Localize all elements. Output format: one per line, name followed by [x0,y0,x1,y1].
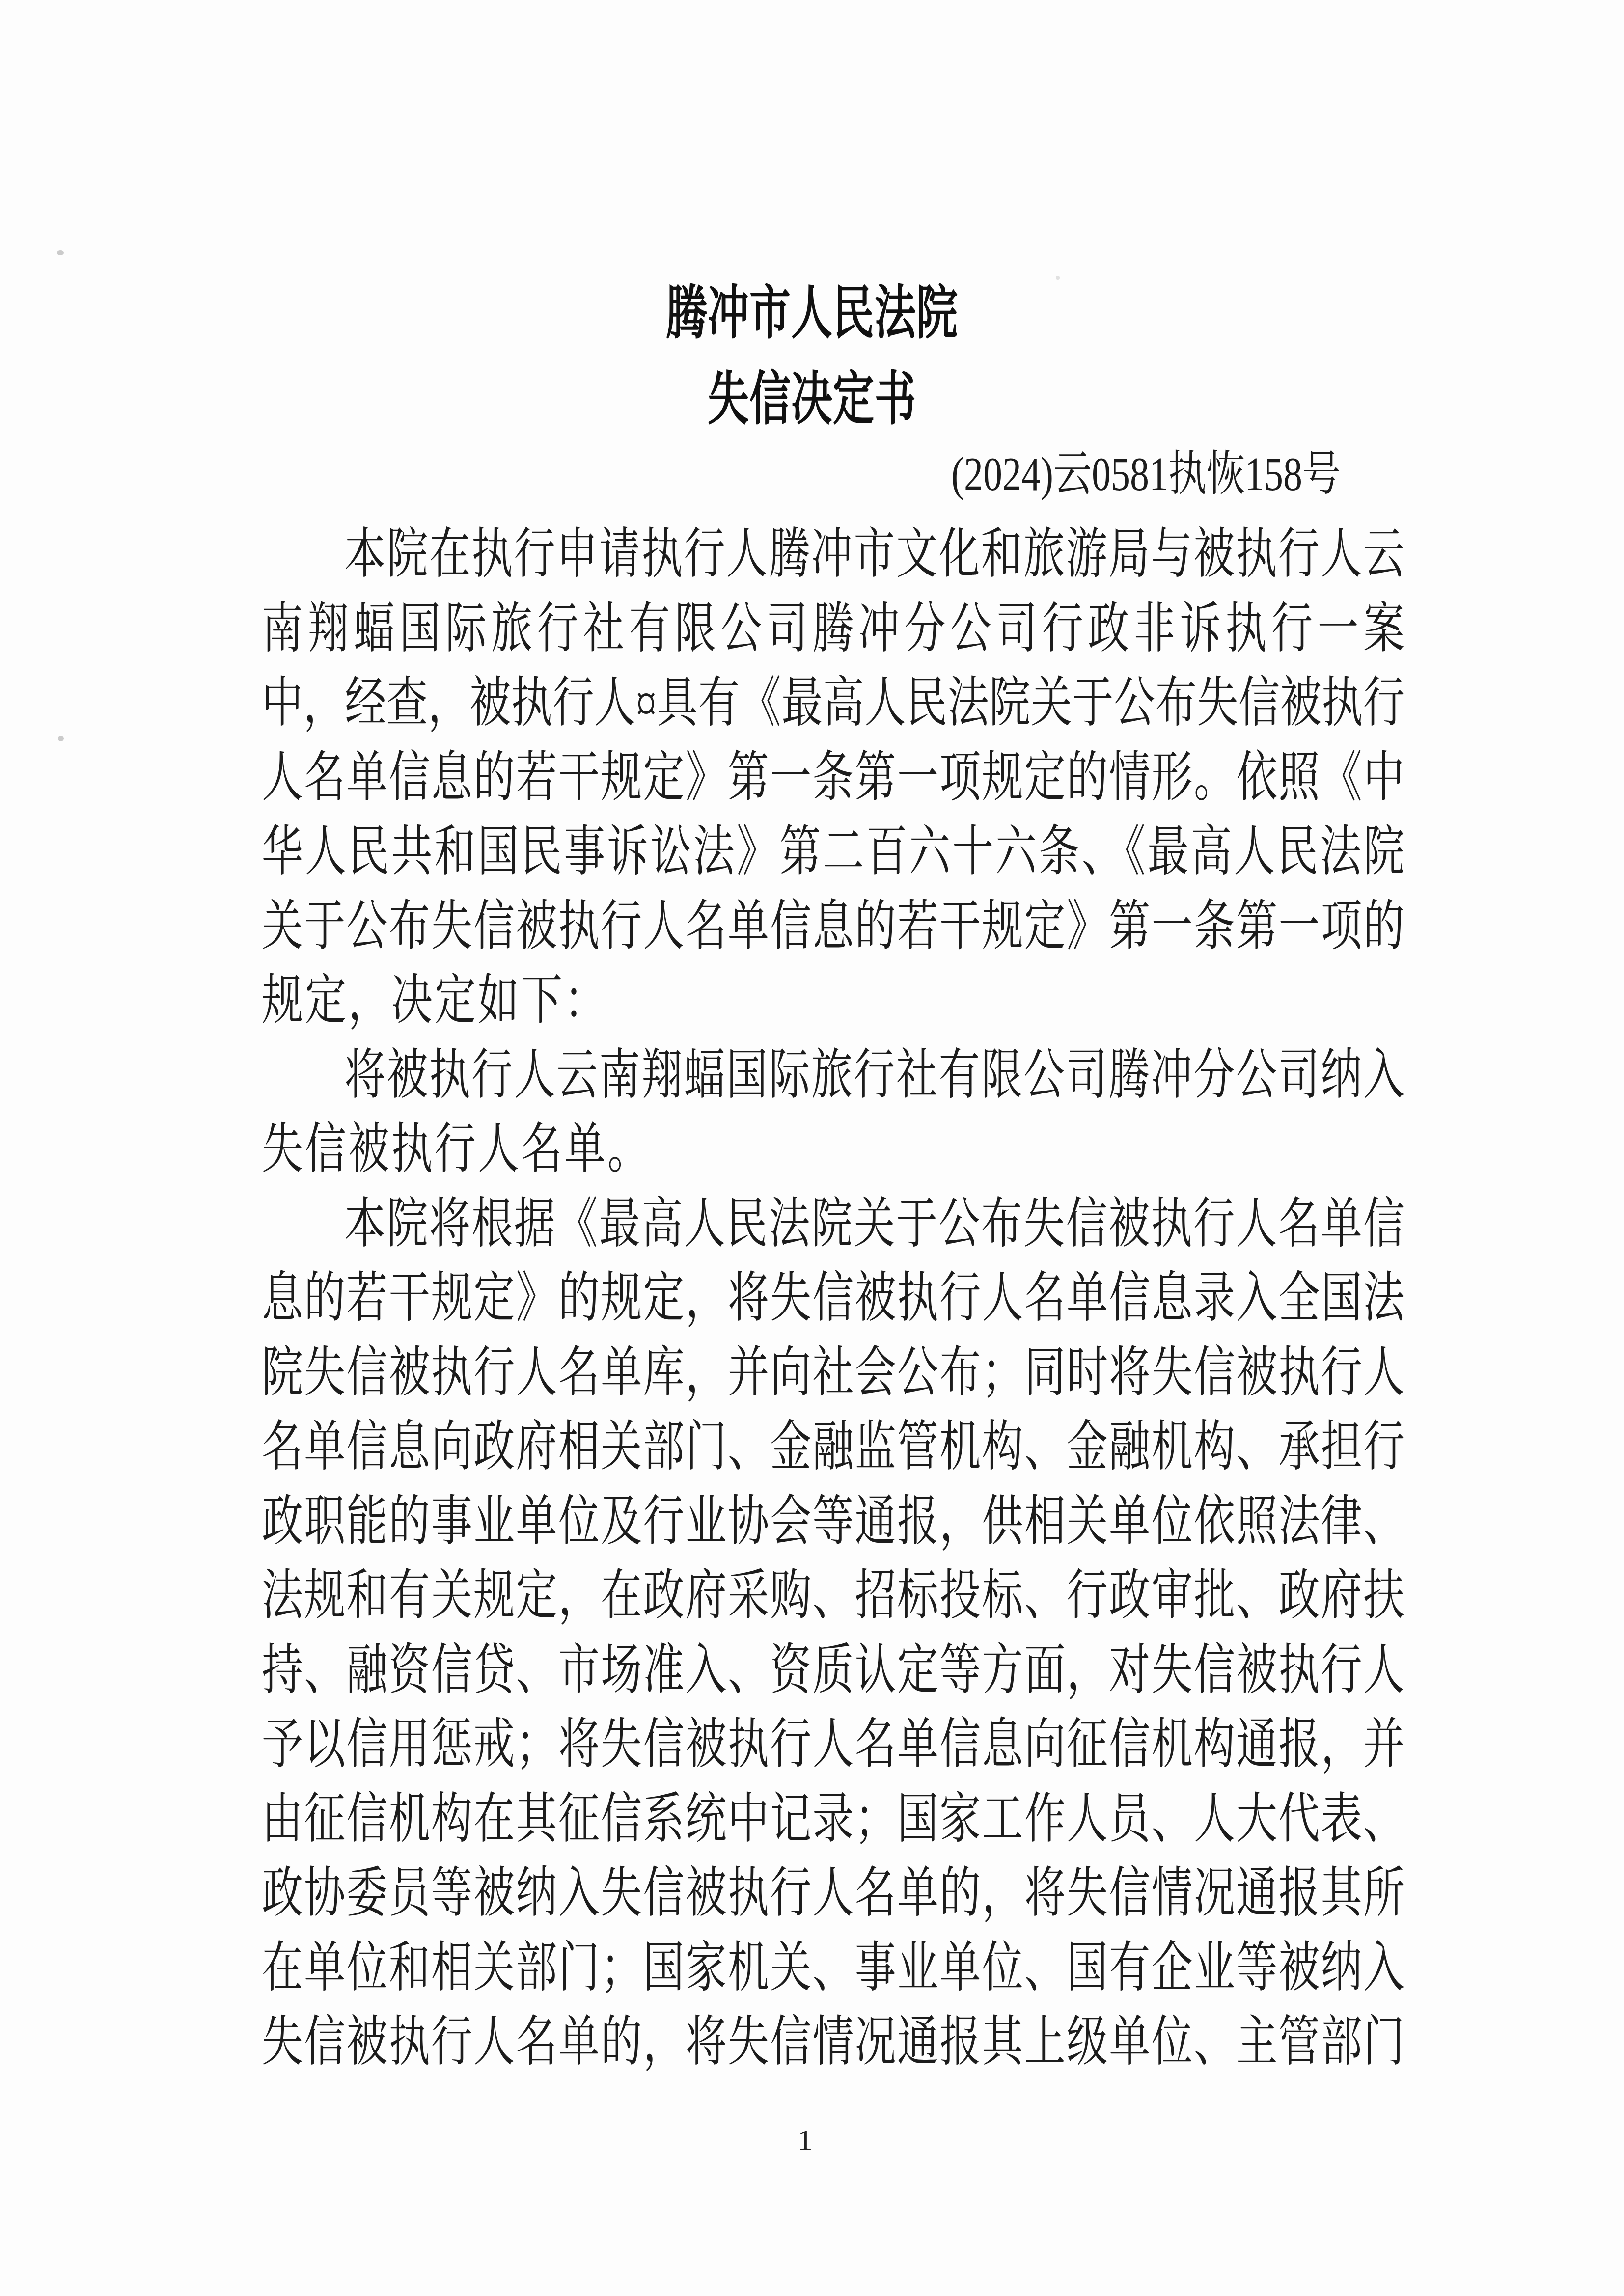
document-page: 腾冲市人民法院 失信决定书 (2024)云0581执恢158号 本院在执行申请执… [0,0,1624,2296]
scan-speck [57,735,64,742]
scan-speck [57,250,64,255]
document-body: 本院在执行申请执行人腾冲市文化和旅游局与被执行人云南翔蝠国际旅行社有限公司腾冲分… [262,518,1404,2080]
body-line: 失信被执行人名单的，将失信情况通报其上级单位、主管部门 [262,1994,1404,2092]
page-number: 1 [0,2120,1617,2159]
document-type-title: 失信决定书 [0,349,1624,452]
case-number: (2024)云0581执恢158号 [951,437,1341,511]
